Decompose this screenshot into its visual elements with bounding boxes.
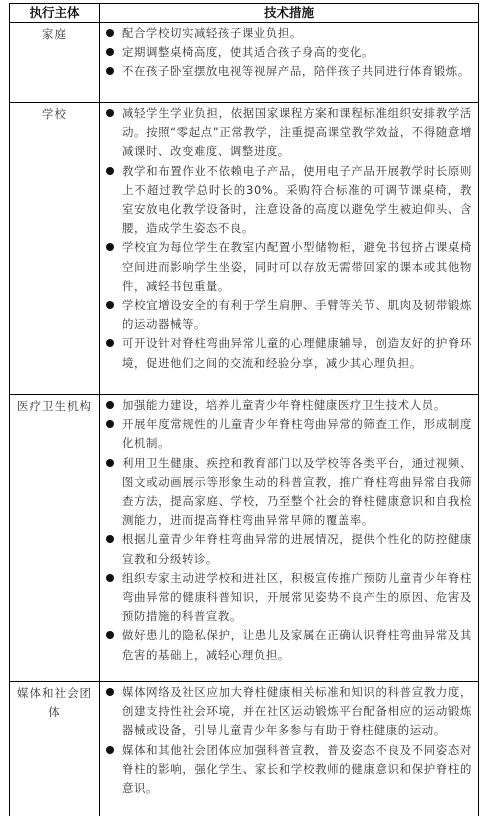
bullet-icon	[106, 67, 114, 75]
measures-cell: 媒体网络及社区应加大脊柱健康相关标准和知识的科普宣教力度，创建支持性社会环境，并…	[100, 682, 479, 816]
bullet-icon	[106, 243, 114, 251]
entity-cell: 家庭	[10, 23, 100, 103]
measures-list: 减轻学生学业负担，依据国家课程方案和课程标准组织安排教学活动。按照“零起点”正常…	[104, 104, 472, 373]
list-item: 加强能力建设，培养儿童青少年脊柱健康医疗卫生技术人员。	[104, 396, 472, 415]
list-item: 根据儿童青少年脊柱弯曲异常的进展情况，提供个性化的防控健康宣教和分级转诊。	[104, 530, 472, 568]
bullet-icon	[106, 48, 114, 56]
table-row-family: 家庭 配合学校切实减轻孩子课业负担。 定期调整桌椅高度，使其适合孩子身高的变化。…	[10, 23, 479, 103]
list-item: 媒体网络及社区应加大脊柱健康相关标准和知识的科普宣教力度，创建支持性社会环境，并…	[104, 683, 472, 741]
bullet-icon	[106, 420, 114, 428]
list-item: 做好患儿的隐私保护，让患儿及家属在正确认识脊柱弯曲异常及其危害的基础上，减轻心理…	[104, 626, 472, 664]
list-item: 减轻学生学业负担，依据国家课程方案和课程标准组织安排教学活动。按照“零起点”正常…	[104, 104, 472, 162]
list-item: 学校宜为每位学生在教室内配置小型储物柜，避免书包挤占课桌椅空间进而影响学生坐姿，…	[104, 238, 472, 296]
entity-cell: 医疗卫生机构	[10, 395, 100, 682]
list-item: 利用卫生健康、疾控和教育部门以及学校等各类平台，通过视频、图文或动画展示等形象生…	[104, 454, 472, 531]
header-row: 执行主体 技术措施	[10, 4, 479, 23]
bullet-icon	[106, 29, 114, 37]
bullet-icon	[106, 459, 114, 467]
bullet-icon	[106, 109, 114, 117]
bullet-icon	[106, 535, 114, 543]
measures-cell: 加强能力建设，培养儿童青少年脊柱健康医疗卫生技术人员。 开展年度常规性的儿童青少…	[100, 395, 479, 682]
list-item: 不在孩子卧室摆放电视等视屏产品，陪伴孩子共同进行体育锻炼。	[104, 62, 472, 81]
bullet-icon	[106, 631, 114, 639]
measures-list: 媒体网络及社区应加大脊柱健康相关标准和知识的科普宣教力度，创建支持性社会环境，并…	[104, 683, 472, 798]
header-entity: 执行主体	[10, 4, 100, 23]
list-item: 配合学校切实减轻孩子课业负担。	[104, 24, 472, 43]
measures-cell: 减轻学生学业负担，依据国家课程方案和课程标准组织安排教学活动。按照“零起点”正常…	[100, 103, 479, 395]
bullet-icon	[106, 688, 114, 696]
list-item: 定期调整桌椅高度，使其适合孩子身高的变化。	[104, 43, 472, 62]
header-measures: 技术措施	[100, 4, 479, 23]
entity-cell: 学校	[10, 103, 100, 395]
measures-list: 加强能力建设，培养儿童青少年脊柱健康医疗卫生技术人员。 开展年度常规性的儿童青少…	[104, 396, 472, 665]
bullet-icon	[106, 167, 114, 175]
table-row-medical: 医疗卫生机构 加强能力建设，培养儿童青少年脊柱健康医疗卫生技术人员。 开展年度常…	[10, 395, 479, 682]
entity-cell: 媒体和社会团体	[10, 682, 100, 816]
bullet-icon	[106, 339, 114, 347]
measures-table: 执行主体 技术措施 家庭 配合学校切实减轻孩子课业负担。 定期调整桌椅高度，使其…	[9, 3, 479, 816]
list-item: 学校宜增设安全的有利于学生肩胛、手臂等关节、肌肉及韧带锻炼的运动器械等。	[104, 296, 472, 334]
bullet-icon	[106, 574, 114, 582]
measures-list: 配合学校切实减轻孩子课业负担。 定期调整桌椅高度，使其适合孩子身高的变化。 不在…	[104, 24, 472, 82]
list-item: 开展年度常规性的儿童青少年脊柱弯曲异常的筛查工作，形成制度化机制。	[104, 415, 472, 453]
table-row-school: 学校 减轻学生学业负担，依据国家课程方案和课程标准组织安排教学活动。按照“零起点…	[10, 103, 479, 395]
bullet-icon	[106, 301, 114, 309]
measures-cell: 配合学校切实减轻孩子课业负担。 定期调整桌椅高度，使其适合孩子身高的变化。 不在…	[100, 23, 479, 103]
list-item: 组织专家主动进学校和进社区，积极宣传推广预防儿童青少年脊柱弯曲异常的健康科普知识…	[104, 569, 472, 627]
bullet-icon	[106, 746, 114, 754]
table-row-media: 媒体和社会团体 媒体网络及社区应加大脊柱健康相关标准和知识的科普宣教力度，创建支…	[10, 682, 479, 816]
list-item: 媒体和其他社会团体应加强科普宣教，普及姿态不良及不同姿态对脊柱的影响，强化学生、…	[104, 741, 472, 799]
list-item: 可开设针对脊柱弯曲异常儿童的心理健康辅导，创造友好的护脊环境，促进他们之间的交流…	[104, 334, 472, 372]
bullet-icon	[106, 401, 114, 409]
list-item: 教学和布置作业不依赖电子产品，使用电子产品开展教学时长原则上不超过教学总时长的3…	[104, 162, 472, 239]
